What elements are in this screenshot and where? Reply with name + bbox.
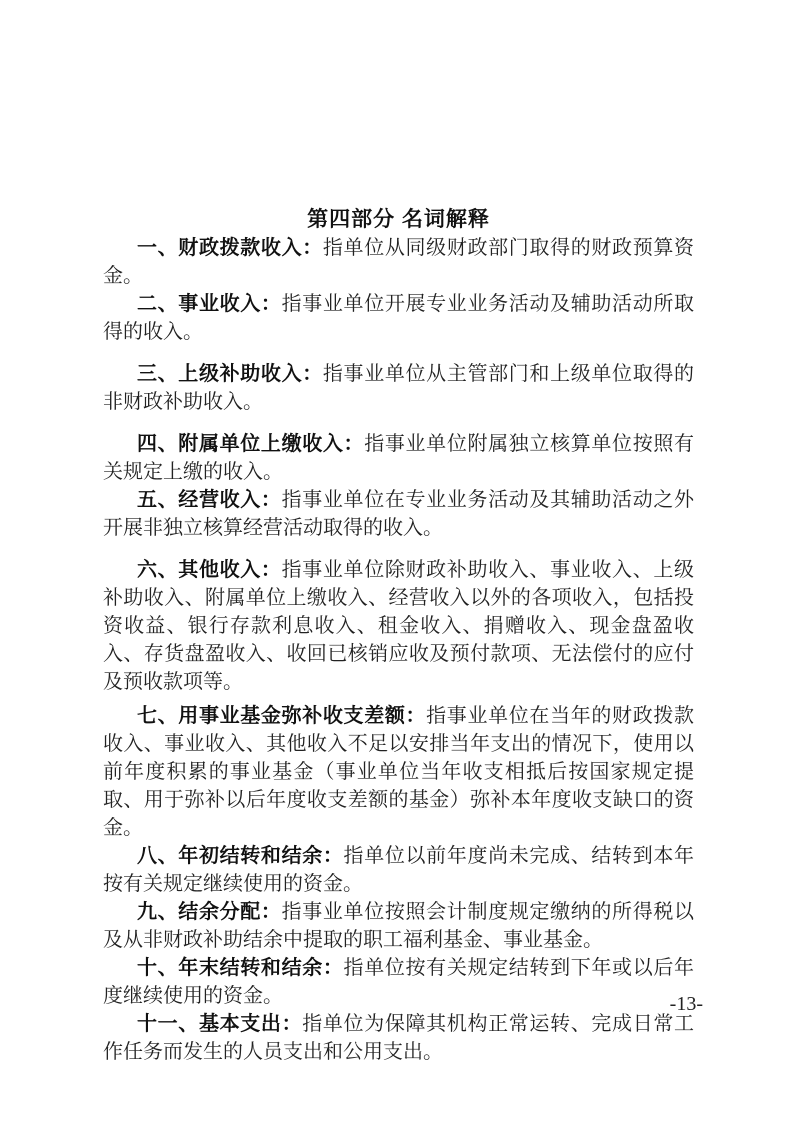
section-title: 第四部分 名词解释 [103,206,694,234]
definition-paragraph: 三、上级补助收入：指事业单位从主管部门和上级单位取得的非财政补助收入。 [103,360,694,416]
definitions-list: 一、财政拨款收入：指单位从同级财政部门取得的财政预算资金。 二、事业收入：指事业… [103,234,694,1066]
definition-term: 十一、基本支出： [137,1013,302,1035]
definition-paragraph: 五、经营收入：指事业单位在专业业务活动及其辅助活动之外开展非独立核算经营活动取得… [103,486,694,542]
definition-term: 二、事业收入： [137,293,282,315]
definition-paragraph: 十一、基本支出：指单位为保障其机构正常运转、完成日常工作任务而发生的人员支出和公… [103,1010,694,1066]
definition-paragraph: 二、事业收入：指事业单位开展专业业务活动及辅助活动所取得的收入。 [103,290,694,346]
definition-paragraph: 九、结余分配：指事业单位按照会计制度规定缴纳的所得税以及从非财政补助结余中提取的… [103,898,694,954]
definition-paragraph: 六、其他收入：指事业单位除财政补助收入、事业收入、上级补助收入、附属单位上缴收入… [103,556,694,696]
definition-term: 九、结余分配： [137,901,282,923]
definition-term: 八、年初结转和结余： [137,845,344,867]
definition-paragraph: 四、附属单位上缴收入：指事业单位附属独立核算单位按照有关规定上缴的收入。 [103,430,694,486]
document-page: 第四部分 名词解释 一、财政拨款收入：指单位从同级财政部门取得的财政预算资金。 … [0,0,793,1122]
definition-term: 六、其他收入： [137,559,282,581]
definition-paragraph: 七、用事业基金弥补收支差额：指事业单位在当年的财政拨款收入、事业收入、其他收入不… [103,702,694,842]
definition-term: 四、附属单位上缴收入： [137,433,364,455]
definition-term: 十、年末结转和结余： [137,957,344,979]
definition-paragraph: 一、财政拨款收入：指单位从同级财政部门取得的财政预算资金。 [103,234,694,290]
definition-term: 五、经营收入： [137,489,282,511]
definition-term: 七、用事业基金弥补收支差额： [137,705,426,727]
document-content: 第四部分 名词解释 一、财政拨款收入：指单位从同级财政部门取得的财政预算资金。 … [103,206,694,1066]
definition-paragraph: 八、年初结转和结余：指单位以前年度尚未完成、结转到本年按有关规定继续使用的资金。 [103,842,694,898]
definition-term: 三、上级补助收入： [137,363,323,385]
definition-term: 一、财政拨款收入： [137,237,323,259]
page-number: -13- [103,992,703,1016]
